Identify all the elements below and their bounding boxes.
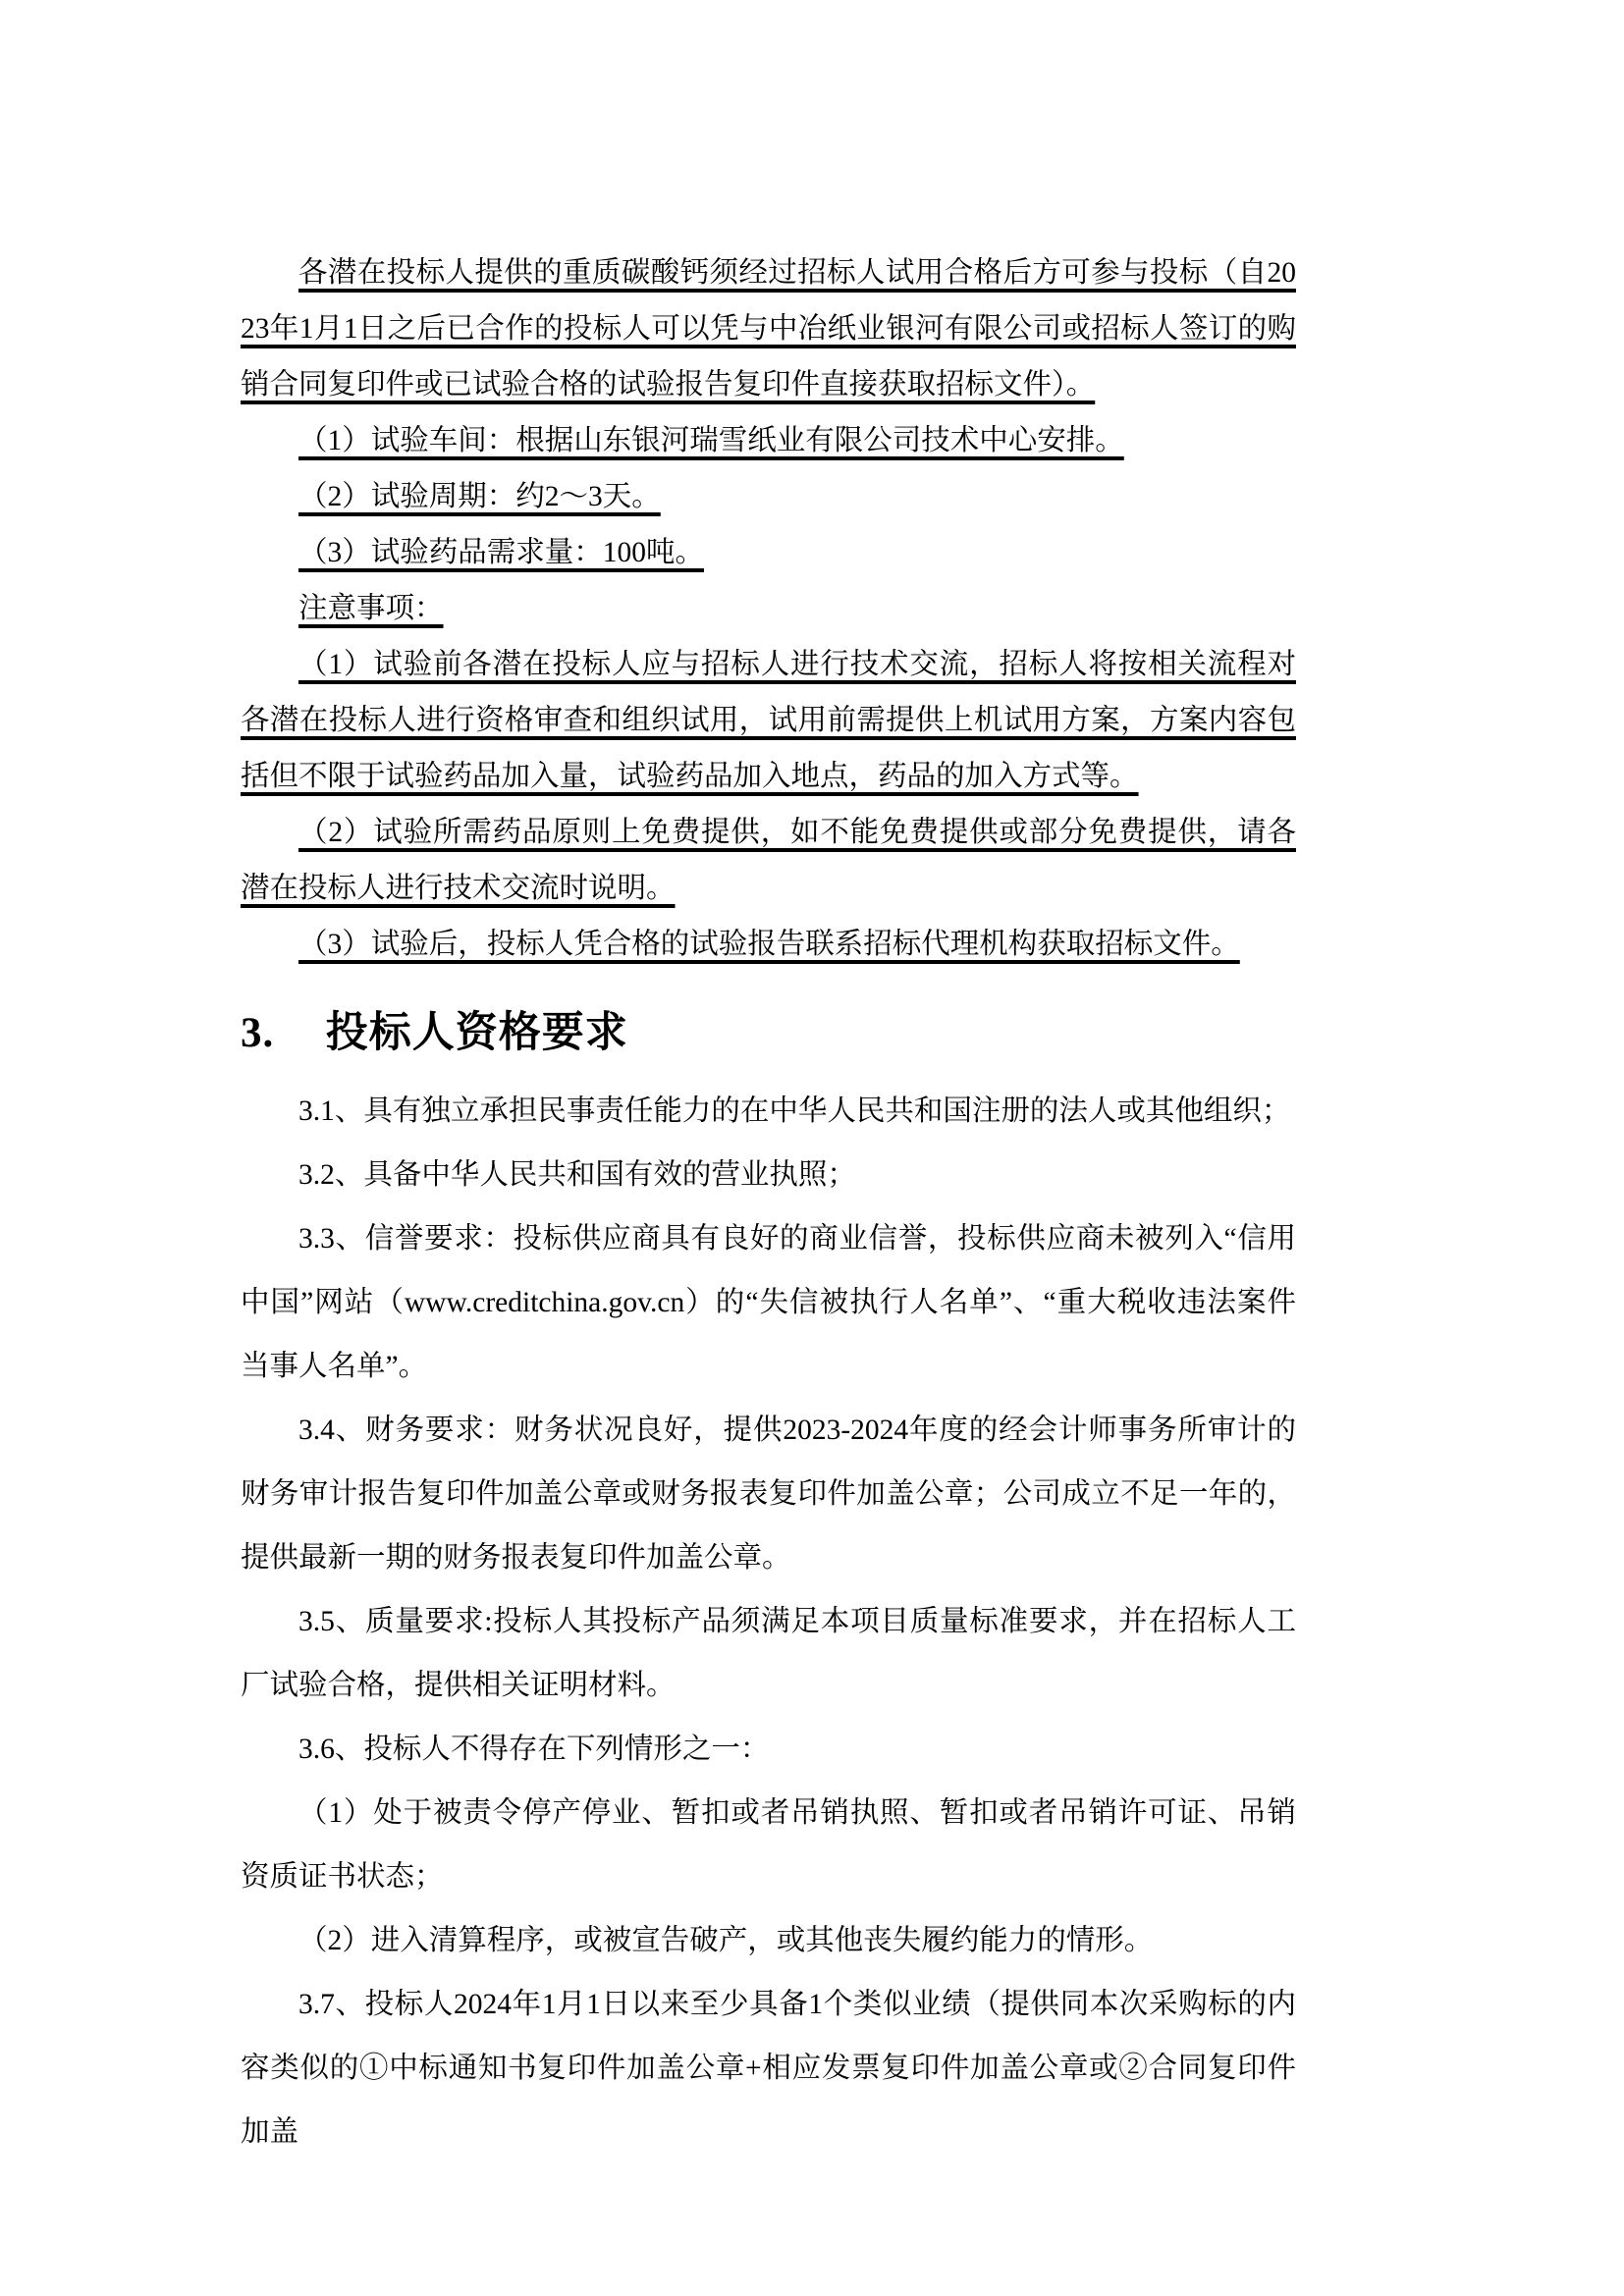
bidder-qualification-section: 3.1、具有独立承担民事责任能力的在中华人民共和国注册的法人或其他组织；3.2、… [241, 1080, 1296, 2164]
paragraph: 注意事项： [241, 581, 1296, 637]
paragraph: 3.3、信誉要求：投标供应商具有良好的商业信誉，投标供应商未被列入“信用中国”网… [241, 1207, 1296, 1399]
paragraph: 3.2、具备中华人民共和国有效的营业执照； [241, 1144, 1296, 1207]
paragraph: 3.7、投标人2024年1月1日以来至少具备1个类似业绩（提供同本次采购标的内容… [241, 1973, 1296, 2164]
document-page: 各潜在投标人提供的重质碳酸钙须经过招标人试用合格后方可参与投标（自2023年1月… [0, 0, 1624, 2296]
paragraph: （3）试验药品需求量：100吨。 [241, 525, 1296, 581]
paragraph: 3.6、投标人不得存在下列情形之一： [241, 1718, 1296, 1782]
paragraph: （1）处于被责令停产停业、暂扣或者吊销执照、暂扣或者吊销许可证、吊销资质证书状态… [241, 1782, 1296, 1909]
paragraph: （2）进入清算程序，或被宣告破产，或其他丧失履约能力的情形。 [241, 1909, 1296, 1973]
trial-requirements-section: 各潜在投标人提供的重质碳酸钙须经过招标人试用合格后方可参与投标（自2023年1月… [241, 245, 1296, 973]
section-heading-title: 投标人资格要求 [326, 1010, 628, 1056]
document-content: 各潜在投标人提供的重质碳酸钙须经过招标人试用合格后方可参与投标（自2023年1月… [241, 0, 1296, 2164]
section-heading: 3. 投标人资格要求 [241, 1004, 1296, 1063]
paragraph: 3.5、质量要求:投标人其投标产品须满足本项目质量标准要求，并在招标人工厂试验合… [241, 1590, 1296, 1718]
paragraph: 各潜在投标人提供的重质碳酸钙须经过招标人试用合格后方可参与投标（自2023年1月… [241, 245, 1296, 413]
paragraph: （2）试验所需药品原则上免费提供，如不能免费提供或部分免费提供，请各潜在投标人进… [241, 805, 1296, 917]
section-heading-number: 3. [241, 1004, 314, 1063]
paragraph: （1）试验车间：根据山东银河瑞雪纸业有限公司技术中心安排。 [241, 413, 1296, 469]
paragraph: 3.1、具有独立承担民事责任能力的在中华人民共和国注册的法人或其他组织； [241, 1080, 1296, 1144]
paragraph: （1）试验前各潜在投标人应与招标人进行技术交流，招标人将按相关流程对各潜在投标人… [241, 637, 1296, 805]
paragraph: （3）试验后，投标人凭合格的试验报告联系招标代理机构获取招标文件。 [241, 917, 1296, 973]
paragraph: 3.4、财务要求：财务状况良好，提供2023-2024年度的经会计师事务所审计的… [241, 1399, 1296, 1590]
paragraph: （2）试验周期：约2～3天。 [241, 469, 1296, 525]
